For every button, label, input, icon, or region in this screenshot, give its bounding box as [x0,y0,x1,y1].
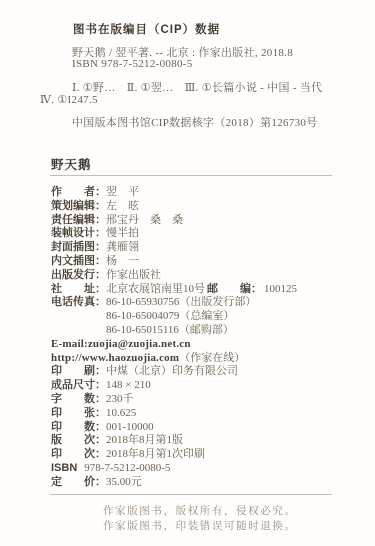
row-label: 社 址： [51,283,106,297]
row-value: 龚雁翎 [106,241,139,253]
colophon-row: 装帧设计：慢半拍 [51,227,256,241]
row-value: 北京农展馆南里10号 [106,283,205,295]
row-label: 策划编辑： [51,200,106,214]
colophon-row: 印 次：2018年8月第1次印刷 [51,448,256,462]
replacement-notice: 作家版图书，印装错误可随时退换。 [103,518,297,533]
row-label: 字 数： [51,393,106,407]
colophon-row: 印 张：10.625 [51,407,256,421]
row-value-continuation: 86-10-65015116（邮购部） [106,324,234,336]
row-value: 148 × 210 [106,379,151,391]
row-url-note: （作家在线） [179,352,245,364]
colophon-row: 出版发行：作家出版社 [51,269,256,283]
row-label: 印 刷： [51,365,106,379]
cip-classification-line-1: Ⅰ. ①野… Ⅱ. ①翌… Ⅲ. ①长篇小说 - 中国 - 当代 [72,79,322,95]
row-label: 作 者： [51,186,106,200]
row-value: 翌 平 [106,186,139,198]
row-value: 中煤（北京）印务有限公司 [106,365,238,377]
row-value: 2018年8月第1版 [106,434,183,446]
colophon-row: 社 址：北京农展馆南里10号邮 编：100125 [51,283,256,297]
row-url: http://www.haozuojia.com [51,352,179,364]
colophon-row: 字 数：230千 [51,393,256,407]
row-value-continuation: 86-10-65004079（总编室） [106,310,234,322]
colophon-row: E-mail:zuojia@zuojia.net.cn [51,338,256,352]
row-label: 电话传真： [51,296,106,310]
row-label: 印 张： [51,407,106,421]
row-value: 978-7-5212-0080-5 [84,462,170,474]
title-divider [50,175,332,176]
colophon-row: 电话传真：86-10-65930756（出版发行部） [51,296,256,310]
colophon-row: 成品尺寸：148 × 210 [51,379,256,393]
colophon-row: 责任编辑：邢宝丹 桑 桑 [51,214,256,228]
row-value: 2018年8月第1次印刷 [106,448,205,460]
cip-record-number: 中国版本图书馆CIP数据核字（2018）第126730号 [72,114,318,130]
colophon-row: http://www.haozuojia.com（作家在线） [51,352,256,366]
row-label: 成品尺寸： [51,379,106,393]
row-value: 作家出版社 [106,269,161,281]
colophon-row: 作 者：翌 平 [51,186,256,200]
cip-classification-line-2: Ⅳ. ①I247.5 [40,93,98,106]
colophon-row: 印 数：001-10000 [51,421,256,435]
row-value: 杨 一 [106,255,139,267]
row-value: 邢宝丹 桑 桑 [106,214,183,226]
row-value: 001-10000 [106,421,154,433]
cip-isbn-line: ISBN 978-7-5212-0080-5 [72,58,193,70]
row-label: 印 次： [51,448,106,462]
colophon-row: 印 刷：中煤（北京）印务有限公司 [51,365,256,379]
copyright-page: { "cip": { "header": "图书在版编目（CIP）数据", "t… [0,0,375,546]
row-value: 35.00元 [106,476,142,488]
colophon-row: 定 价：35.00元 [51,476,256,490]
colophon-row: ISBN978-7-5212-0080-5 [51,462,256,476]
footer-divider [50,494,332,495]
colophon-row: 封面插图：龚雁翎 [51,241,256,255]
row-label: 定 价： [51,476,106,490]
row-value-secondary: 100125 [264,283,297,297]
row-email: E-mail:zuojia@zuojia.net.cn [51,338,191,350]
row-label: 封面插图： [51,241,106,255]
book-title: 野天鹅 [51,155,92,173]
cip-header: 图书在版编目（CIP）数据 [73,21,220,37]
colophon-row: 86-10-65004079（总编室） [51,310,256,324]
colophon-row: 内文插图：杨 一 [51,255,256,269]
row-label: ISBN [51,462,77,476]
row-label: 装帧设计： [51,227,106,241]
row-value: 10.625 [106,407,136,419]
row-value: 230千 [106,393,134,405]
colophon-row: 86-10-65015116（邮购部） [51,324,256,338]
row-label-secondary: 邮 编： [207,283,262,297]
colophon-row: 策划编辑：左 昡 [51,200,256,214]
row-value: 左 昡 [106,200,139,212]
row-value: 慢半拍 [106,227,139,239]
colophon-row: 版 次：2018年8月第1版 [51,434,256,448]
colophon-rows: 作 者：翌 平策划编辑：左 昡责任编辑：邢宝丹 桑 桑装帧设计：慢半拍封面插图：… [51,186,256,490]
row-label: 印 数： [51,421,106,435]
copyright-notice: 作家版图书，版权所有，侵权必究。 [103,503,297,518]
row-value: 86-10-65930756（出版发行部） [106,296,256,308]
row-label: 内文插图： [51,255,106,269]
row-label: 出版发行： [51,269,106,283]
row-label: 版 次： [51,434,106,448]
row-label: 责任编辑： [51,214,106,228]
